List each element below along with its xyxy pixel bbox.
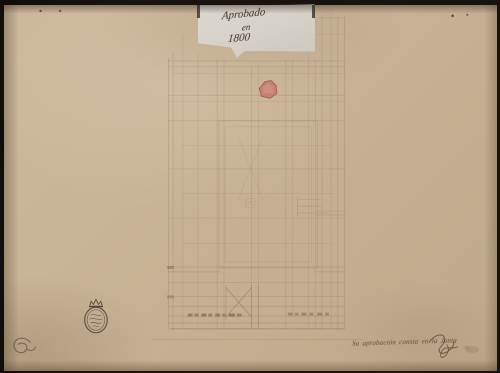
- red-wax-mark-icon: [259, 81, 277, 99]
- ink-overlays: [4, 5, 497, 371]
- pencil-paraph-icon: [14, 338, 36, 352]
- crowned-oval-stamp-icon: [85, 299, 108, 332]
- approval-label-year: 1800: [228, 31, 251, 45]
- label-edge-mark: [197, 5, 200, 18]
- approval-label-word: Aprobado: [221, 6, 265, 22]
- paper-sheet: Aprobado en 1800 Su aprobación consta en…: [4, 5, 497, 371]
- ink-smudge: [463, 345, 479, 352]
- label-edge-mark: [312, 5, 315, 18]
- scanned-drawing: Aprobado en 1800 Su aprobación consta en…: [0, 0, 500, 373]
